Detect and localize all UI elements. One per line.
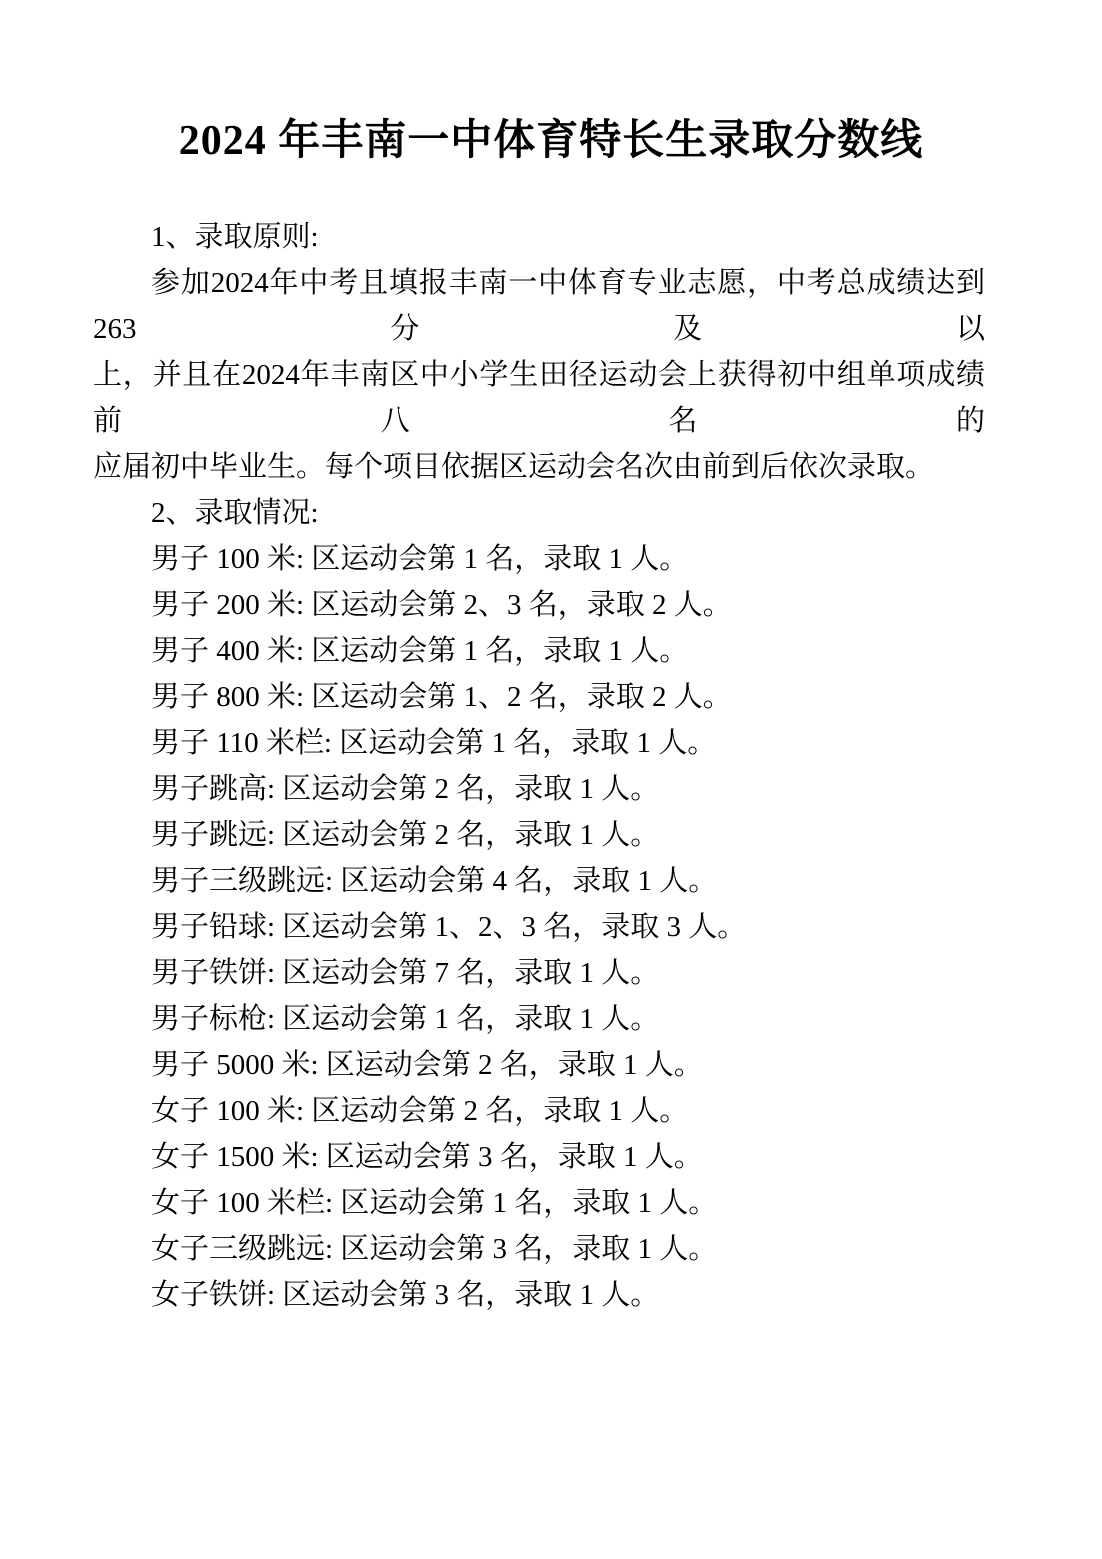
admission-item: 男子跳高: 区运动会第 2 名，录取 1 人。: [93, 766, 985, 812]
document-page: 2024 年丰南一中体育特长生录取分数线 1、录取原则: 参加2024年中考且填…: [0, 0, 1102, 1559]
admission-item: 女子铁饼: 区运动会第 3 名，录取 1 人。: [93, 1272, 985, 1318]
admission-item: 男子 110 米栏: 区运动会第 1 名，录取 1 人。: [93, 720, 985, 766]
section-heading-admissions: 2、录取情况:: [93, 490, 985, 536]
principles-paragraph-line: 应届初中毕业生。每个项目依据区运动会名次由前到后依次录取。: [93, 444, 985, 490]
admission-item: 男子铅球: 区运动会第 1、2、3 名，录取 3 人。: [93, 904, 985, 950]
admission-item: 男子 5000 米: 区运动会第 2 名，录取 1 人。: [93, 1042, 985, 1088]
document-title: 2024 年丰南一中体育特长生录取分数线: [60, 112, 1042, 170]
admission-item: 男子跳远: 区运动会第 2 名，录取 1 人。: [93, 812, 985, 858]
admission-item: 男子 100 米: 区运动会第 1 名，录取 1 人。: [93, 536, 985, 582]
admission-item: 女子 1500 米: 区运动会第 3 名，录取 1 人。: [93, 1134, 985, 1180]
admission-item: 女子 100 米: 区运动会第 2 名，录取 1 人。: [93, 1088, 985, 1134]
admission-item: 男子 800 米: 区运动会第 1、2 名，录取 2 人。: [93, 674, 985, 720]
admission-item: 男子 400 米: 区运动会第 1 名，录取 1 人。: [93, 628, 985, 674]
admission-item: 女子 100 米栏: 区运动会第 1 名，录取 1 人。: [93, 1180, 985, 1226]
admission-item: 女子三级跳远: 区运动会第 3 名，录取 1 人。: [93, 1226, 985, 1272]
document-body: 1、录取原则: 参加2024年中考且填报丰南一中体育专业志愿，中考总成绩达到26…: [93, 214, 985, 1318]
admission-item: 男子 200 米: 区运动会第 2、3 名，录取 2 人。: [93, 582, 985, 628]
admission-item: 男子铁饼: 区运动会第 7 名，录取 1 人。: [93, 950, 985, 996]
admission-item: 男子标枪: 区运动会第 1 名，录取 1 人。: [93, 996, 985, 1042]
section-heading-principles: 1、录取原则:: [93, 214, 985, 260]
admission-item: 男子三级跳远: 区运动会第 4 名，录取 1 人。: [93, 858, 985, 904]
principles-paragraph-line: 参加2024年中考且填报丰南一中体育专业志愿，中考总成绩达到263分及以: [93, 260, 985, 352]
principles-paragraph-line: 上，并且在2024年丰南区中小学生田径运动会上获得初中组单项成绩前八名的: [93, 352, 985, 444]
